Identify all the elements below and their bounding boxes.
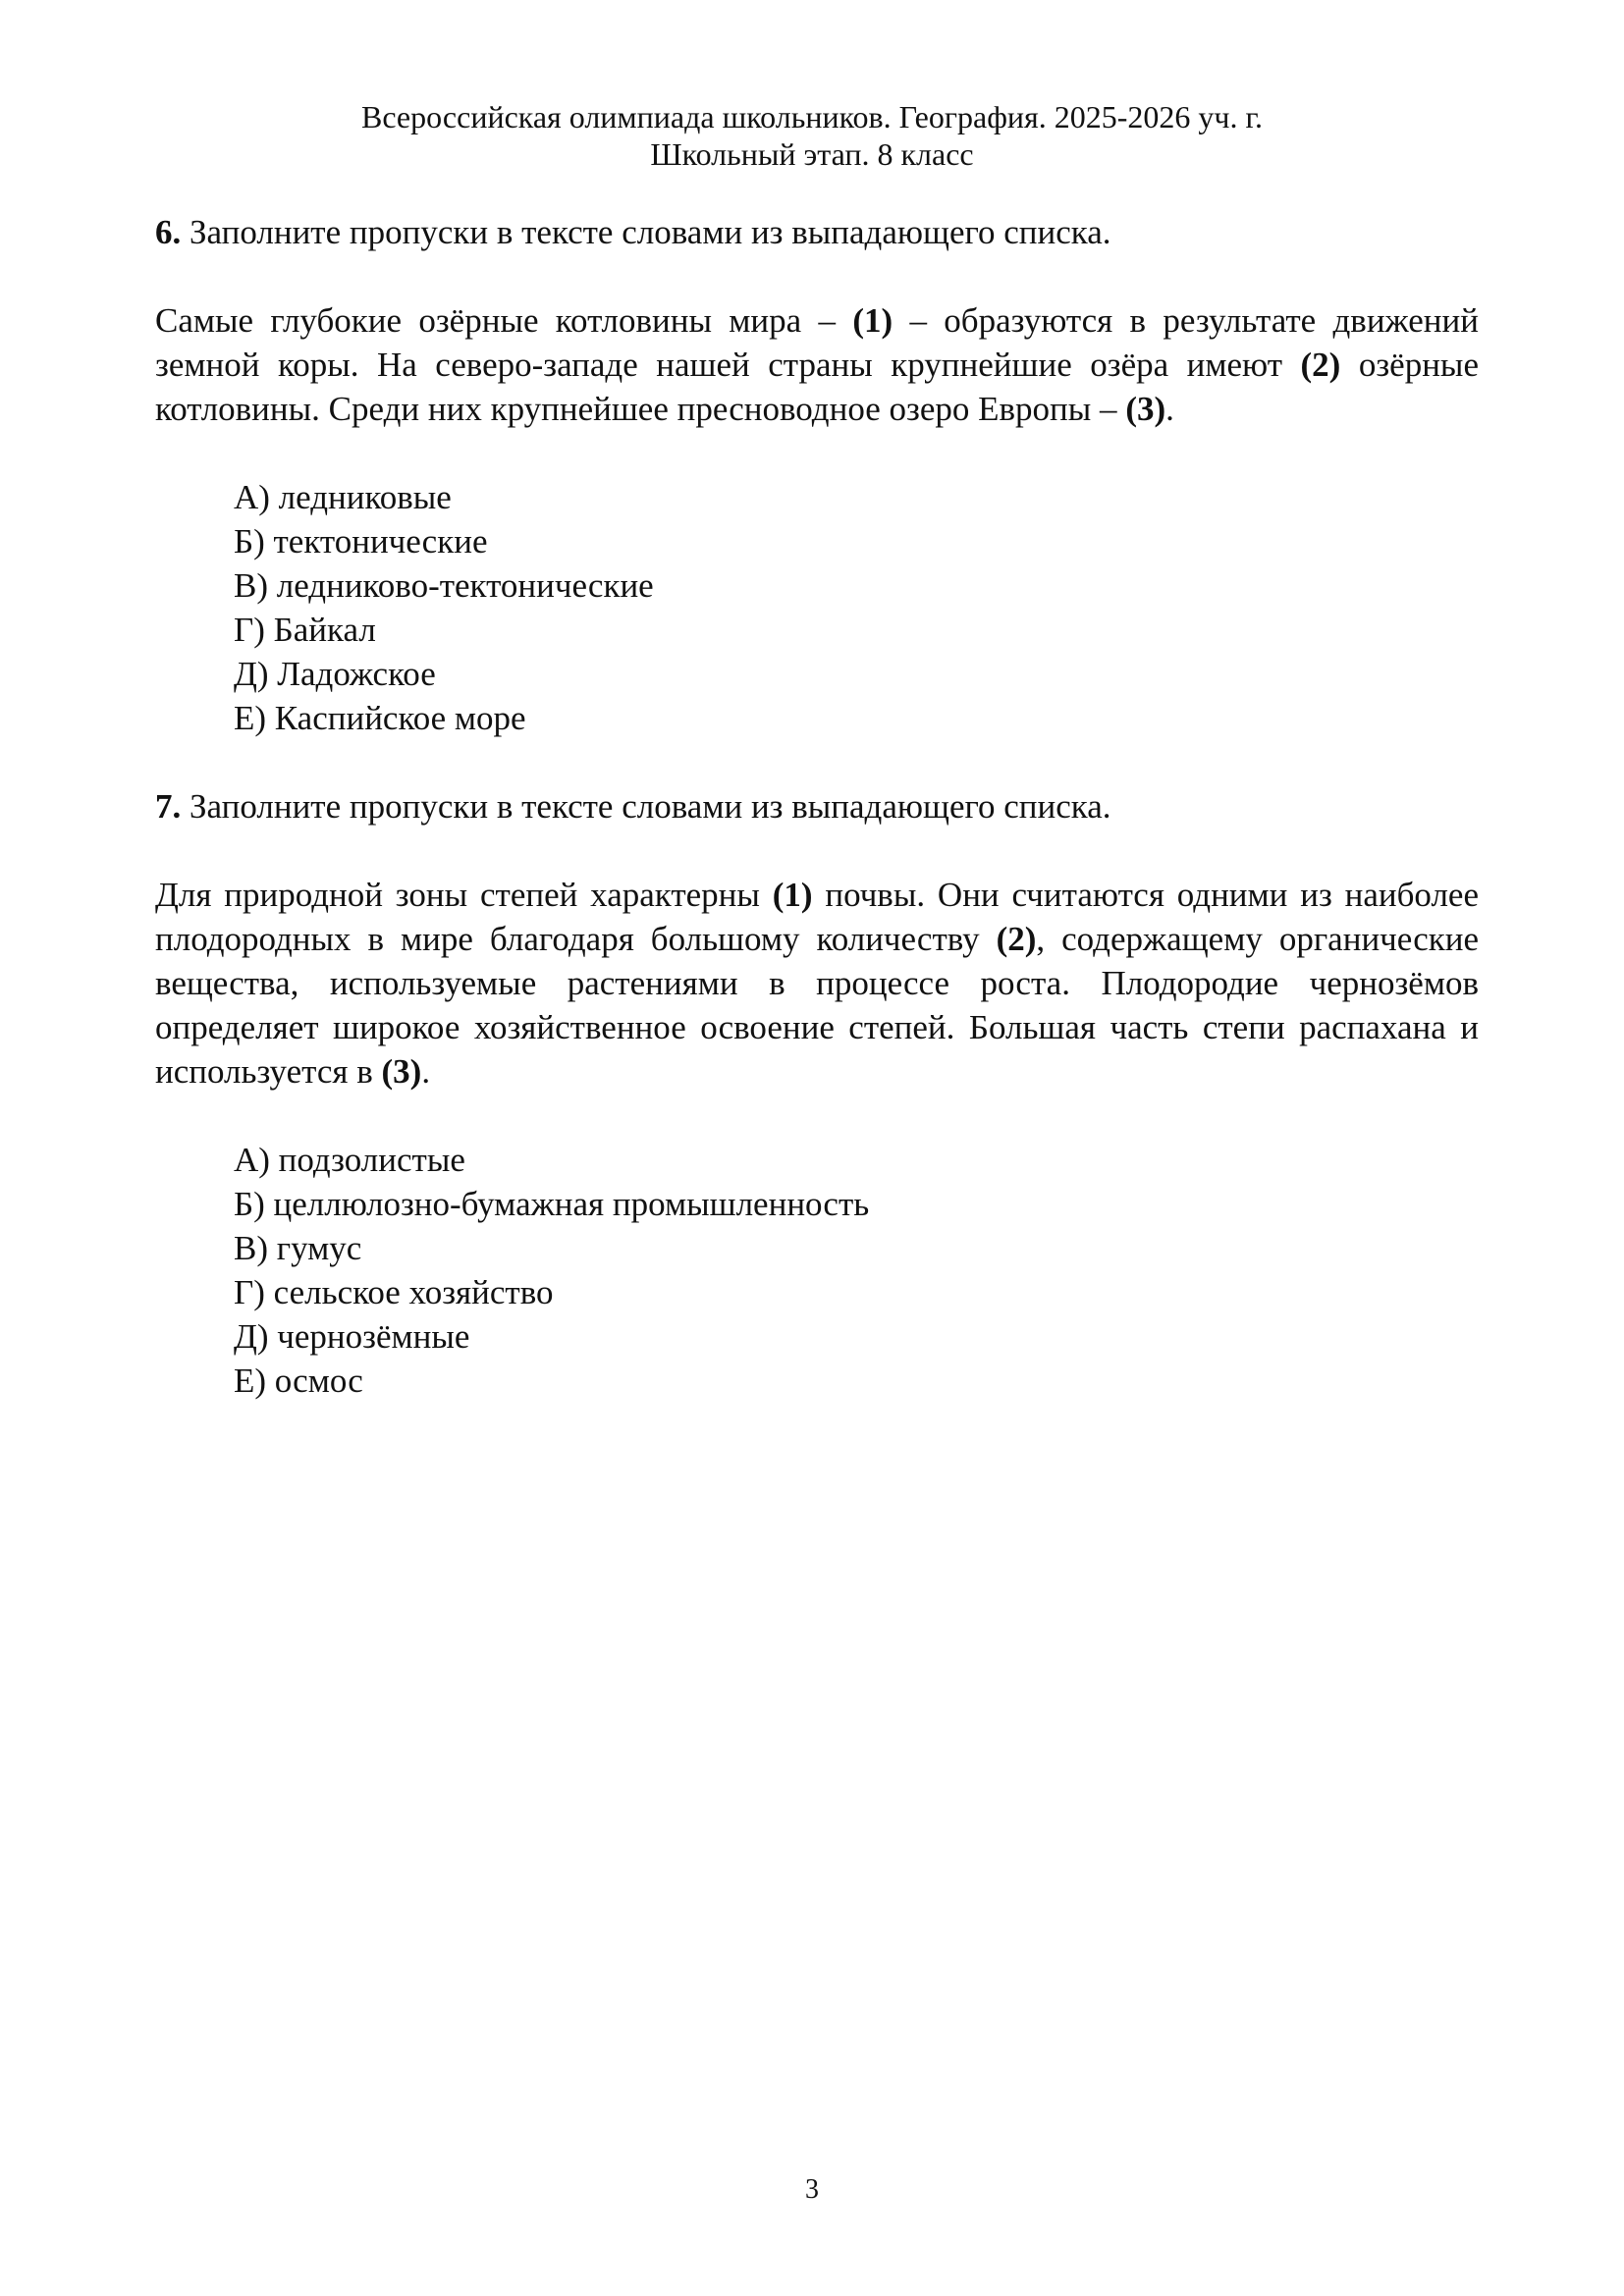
option-item: Б) целлюлозно-бумажная промышленность	[234, 1182, 1479, 1226]
task-6: 6. Заполните пропуски в тексте словами и…	[155, 210, 1479, 740]
task-instruction-text: Заполните пропуски в тексте словами из в…	[189, 213, 1111, 251]
header-subtitle: Школьный этап. 8 класс	[0, 135, 1624, 173]
task-number: 7.	[155, 787, 181, 826]
blank-marker: (2)	[1301, 346, 1341, 384]
text-fragment: .	[1165, 390, 1174, 428]
option-item: Г) Байкал	[234, 608, 1479, 652]
option-item: Б) тектонические	[234, 519, 1479, 563]
task-instruction: 7. Заполните пропуски в тексте словами и…	[155, 784, 1479, 828]
blank-marker: (1)	[773, 876, 813, 914]
option-item: Е) Каспийское море	[234, 696, 1479, 740]
task-number: 6.	[155, 213, 181, 251]
page-number: 3	[0, 2174, 1624, 2206]
option-item: В) ледниково-тектонические	[234, 563, 1479, 608]
option-item: Г) сельское хозяйство	[234, 1270, 1479, 1314]
text-fragment: .	[421, 1052, 430, 1091]
blank-marker: (2)	[997, 920, 1037, 958]
task-7: 7. Заполните пропуски в тексте словами и…	[155, 784, 1479, 1403]
options-list: А) подзолистыеБ) целлюлозно-бумажная про…	[234, 1138, 1479, 1403]
text-fragment: Для природной зоны степей характерны	[155, 876, 773, 914]
header-title: Всероссийская олимпиада школьников. Геог…	[0, 98, 1624, 135]
text-fragment: Самые глубокие озёрные котловины мира –	[155, 301, 852, 340]
option-item: А) ледниковые	[234, 475, 1479, 519]
page-content: 6. Заполните пропуски в тексте словами и…	[155, 210, 1479, 1447]
blank-marker: (3)	[1125, 390, 1165, 428]
option-item: Д) чернозёмные	[234, 1314, 1479, 1359]
page-header: Всероссийская олимпиада школьников. Геог…	[0, 98, 1624, 173]
option-item: Е) осмос	[234, 1359, 1479, 1403]
options-list: А) ледниковыеБ) тектоническиеВ) ледников…	[234, 475, 1479, 740]
task-instruction-text: Заполните пропуски в тексте словами из в…	[189, 787, 1111, 826]
option-item: В) гумус	[234, 1226, 1479, 1270]
task-instruction: 6. Заполните пропуски в тексте словами и…	[155, 210, 1479, 254]
blank-marker: (3)	[382, 1052, 422, 1091]
option-item: Д) Ладожское	[234, 652, 1479, 696]
option-item: А) подзолистые	[234, 1138, 1479, 1182]
document-page: Всероссийская олимпиада школьников. Геог…	[0, 0, 1624, 2296]
blank-marker: (1)	[852, 301, 893, 340]
task-text: Для природной зоны степей характерны (1)…	[155, 873, 1479, 1094]
task-text: Самые глубокие озёрные котловины мира – …	[155, 298, 1479, 431]
